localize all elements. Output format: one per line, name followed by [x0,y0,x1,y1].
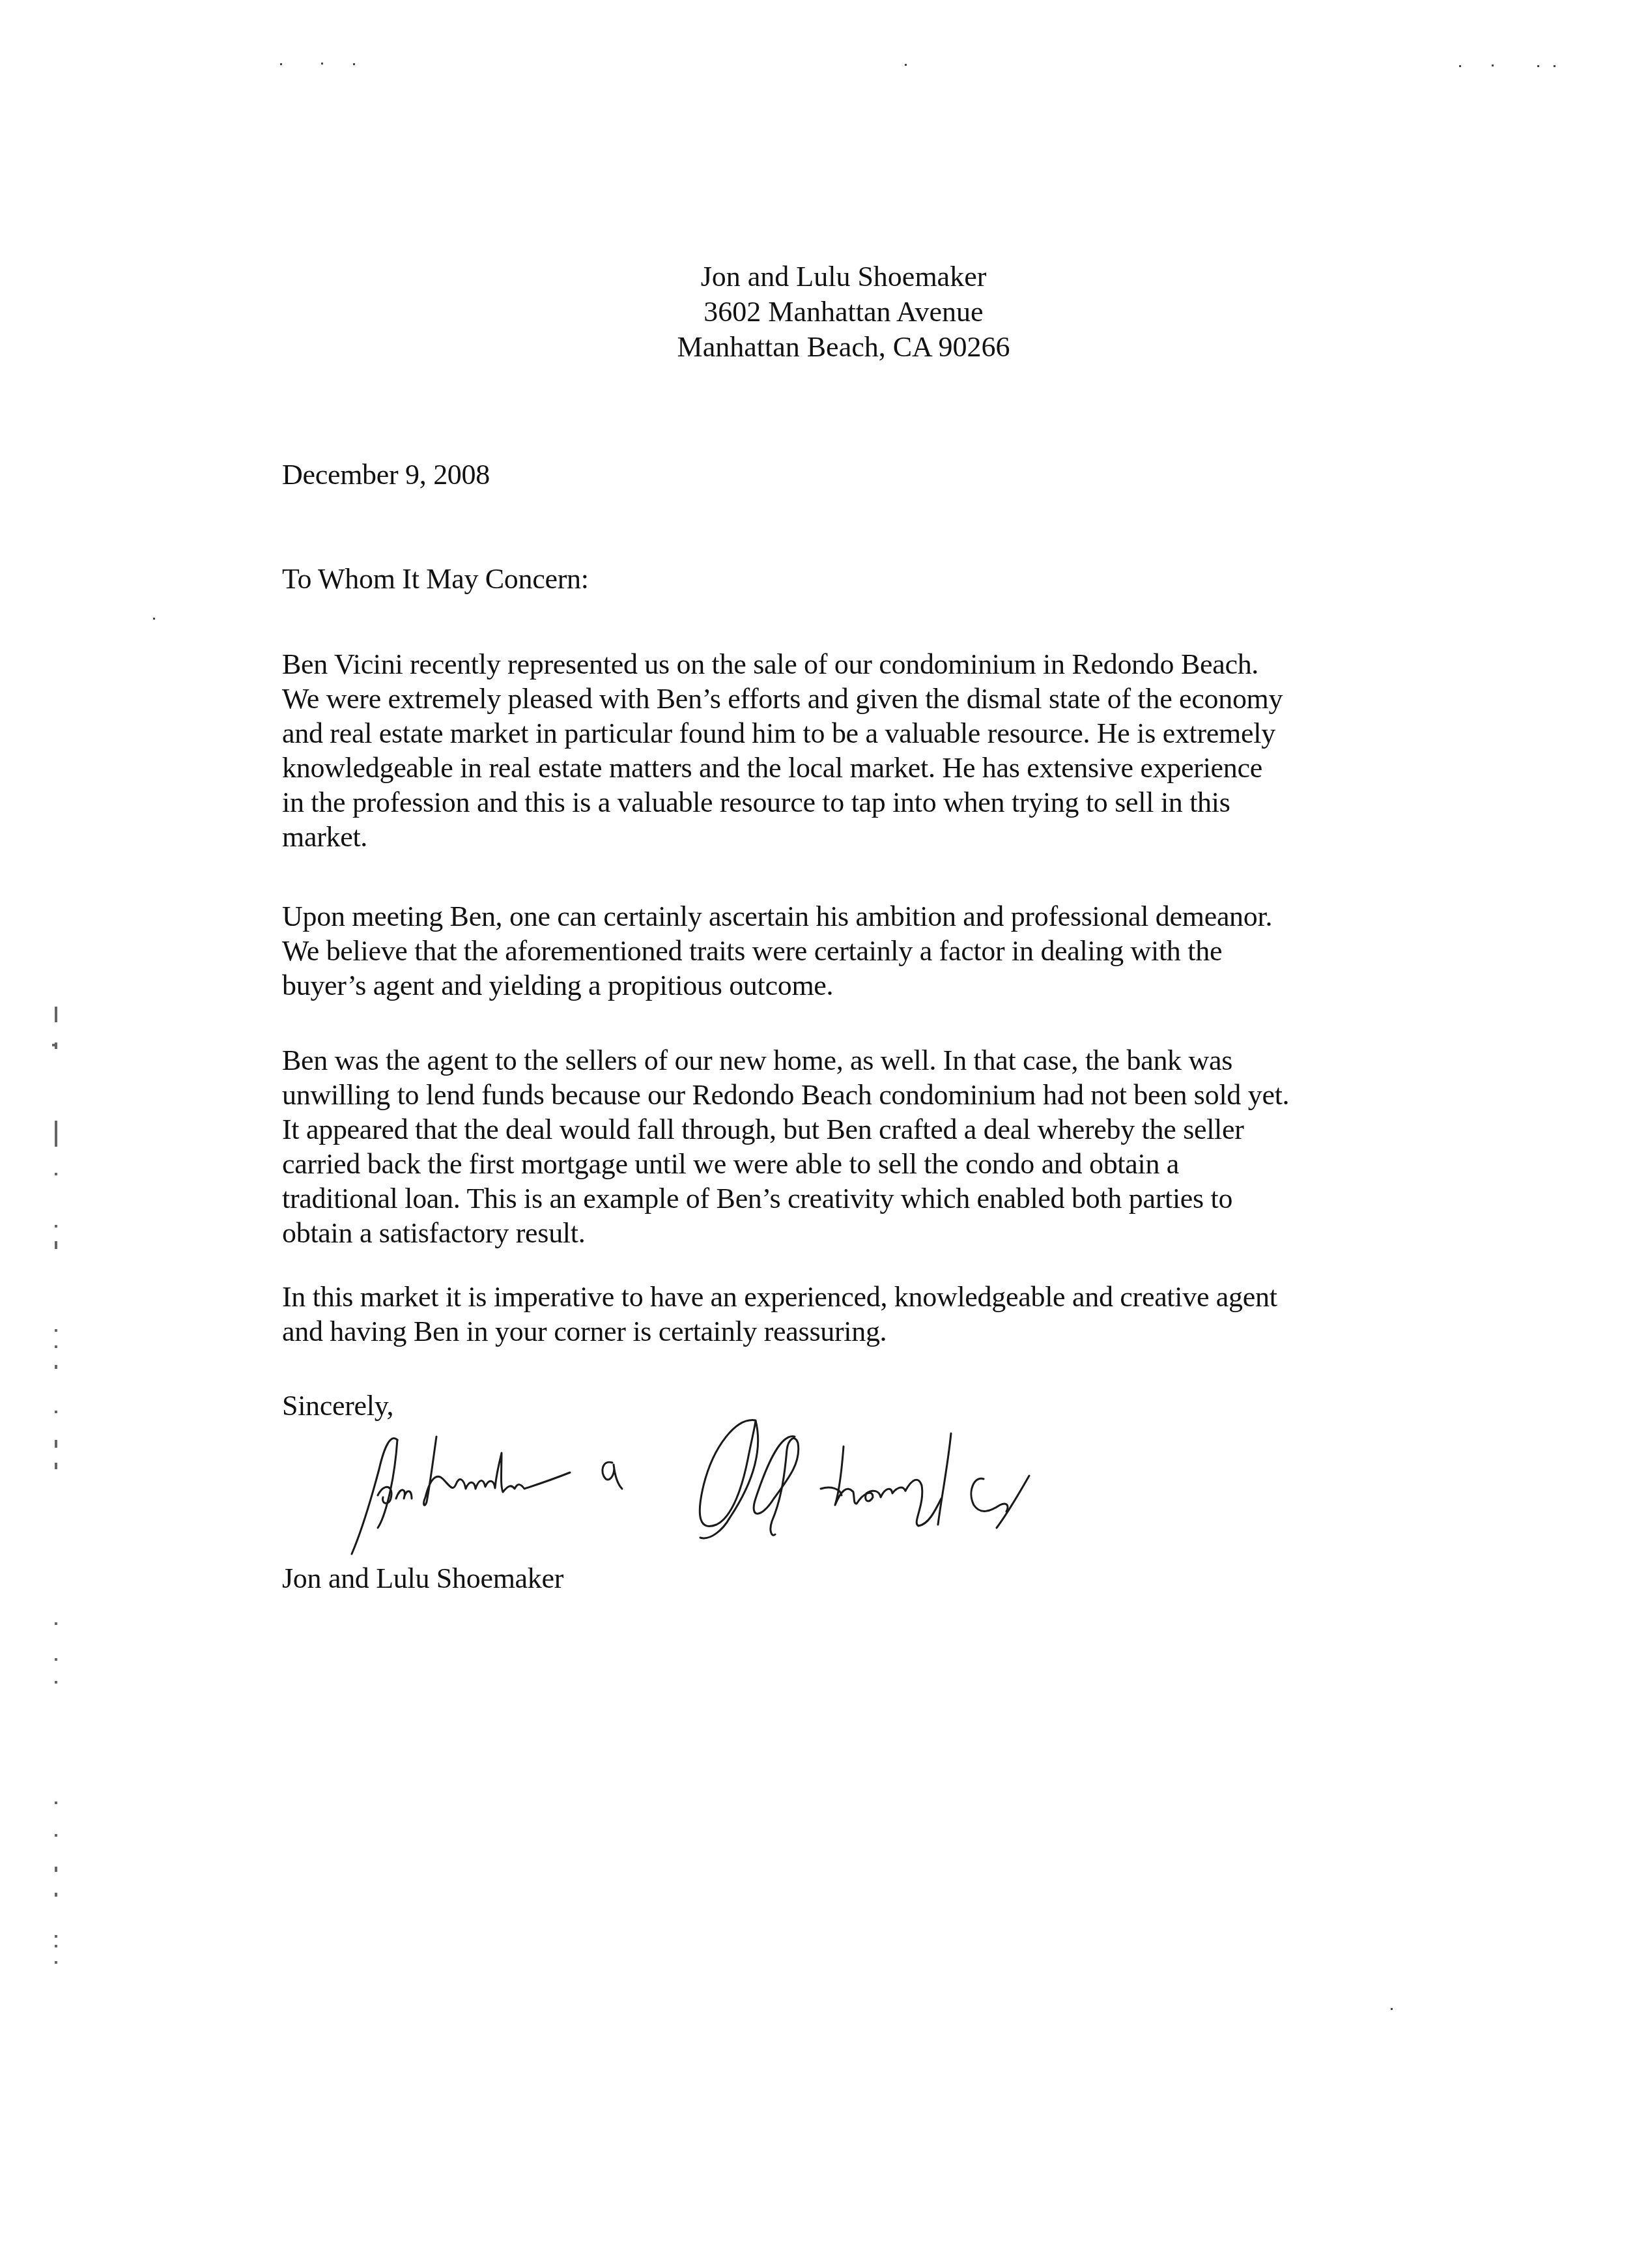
scan-margin-mark [55,1893,57,1897]
signature-graphic [339,1407,1205,1564]
paragraph-text: In this market it is imperative to have … [282,1280,1428,1349]
body-paragraph-2: Upon meeting Ben, one can certainly asce… [282,899,1428,1003]
scan-margin-mark [55,1463,57,1469]
scan-margin-mark [55,1801,57,1804]
scan-speck [321,63,323,65]
signer-block: Jon and Lulu Shoemaker [282,1561,1428,1596]
scan-margin-mark [55,1225,57,1227]
scan-speck [1459,65,1461,67]
scan-margin-mark [55,1658,57,1661]
sender-name: Jon and Lulu Shoemaker [39,259,1648,294]
handwritten-signature-icon [339,1407,1205,1564]
body-paragraph-1: Ben Vicini recently represented us on th… [282,647,1428,854]
scan-speck [353,63,355,65]
scan-margin-mark [55,1044,57,1046]
salutation: To Whom It May Concern: [282,562,1428,596]
paragraph-text: Ben was the agent to the sellers of our … [282,1043,1428,1250]
scan-speck [1537,65,1539,67]
scanned-letter-page: Jon and Lulu Shoemaker 3602 Manhattan Av… [0,0,1648,2268]
scan-speck [1492,65,1494,66]
scan-margin-mark [55,1007,57,1022]
scan-margin-mark [55,1329,57,1332]
scan-margin-mark [55,1834,57,1837]
paragraph-text: Upon meeting Ben, one can certainly asce… [282,899,1428,1003]
letter-date: December 9, 2008 [282,457,1428,492]
scan-speck [153,618,155,620]
sender-street: 3602 Manhattan Avenue [39,294,1648,330]
letterhead: Jon and Lulu Shoemaker 3602 Manhattan Av… [0,259,1648,365]
scan-margin-mark [55,1365,57,1369]
scan-margin-mark [55,1935,57,1938]
scan-margin-mark [55,1961,57,1964]
paragraph-text: Ben Vicini recently represented us on th… [282,647,1428,854]
signer-name: Jon and Lulu Shoemaker [282,1561,1428,1596]
body-paragraph-4: In this market it is imperative to have … [282,1280,1428,1349]
scan-margin-mark [55,1411,57,1413]
scan-margin-mark [55,1945,57,1947]
sender-city-state-zip: Manhattan Beach, CA 90266 [39,330,1648,365]
scan-margin-mark [55,1345,57,1348]
salutation-block: To Whom It May Concern: [282,562,1428,596]
letter-date-block: December 9, 2008 [282,457,1428,492]
scan-margin-mark [55,1440,57,1448]
scan-margin-mark [55,1173,57,1175]
scan-margin-mark [55,1622,57,1625]
scan-speck [280,63,282,65]
scan-speck [905,64,907,66]
scan-margin-mark [55,1681,57,1684]
scan-margin-mark [55,1867,57,1872]
scan-speck [1391,2008,1393,2010]
scan-speck [1554,65,1556,67]
scan-margin-mark [55,1121,57,1147]
body-paragraph-3: Ben was the agent to the sellers of our … [282,1043,1428,1250]
scan-margin-mark [55,1241,57,1249]
